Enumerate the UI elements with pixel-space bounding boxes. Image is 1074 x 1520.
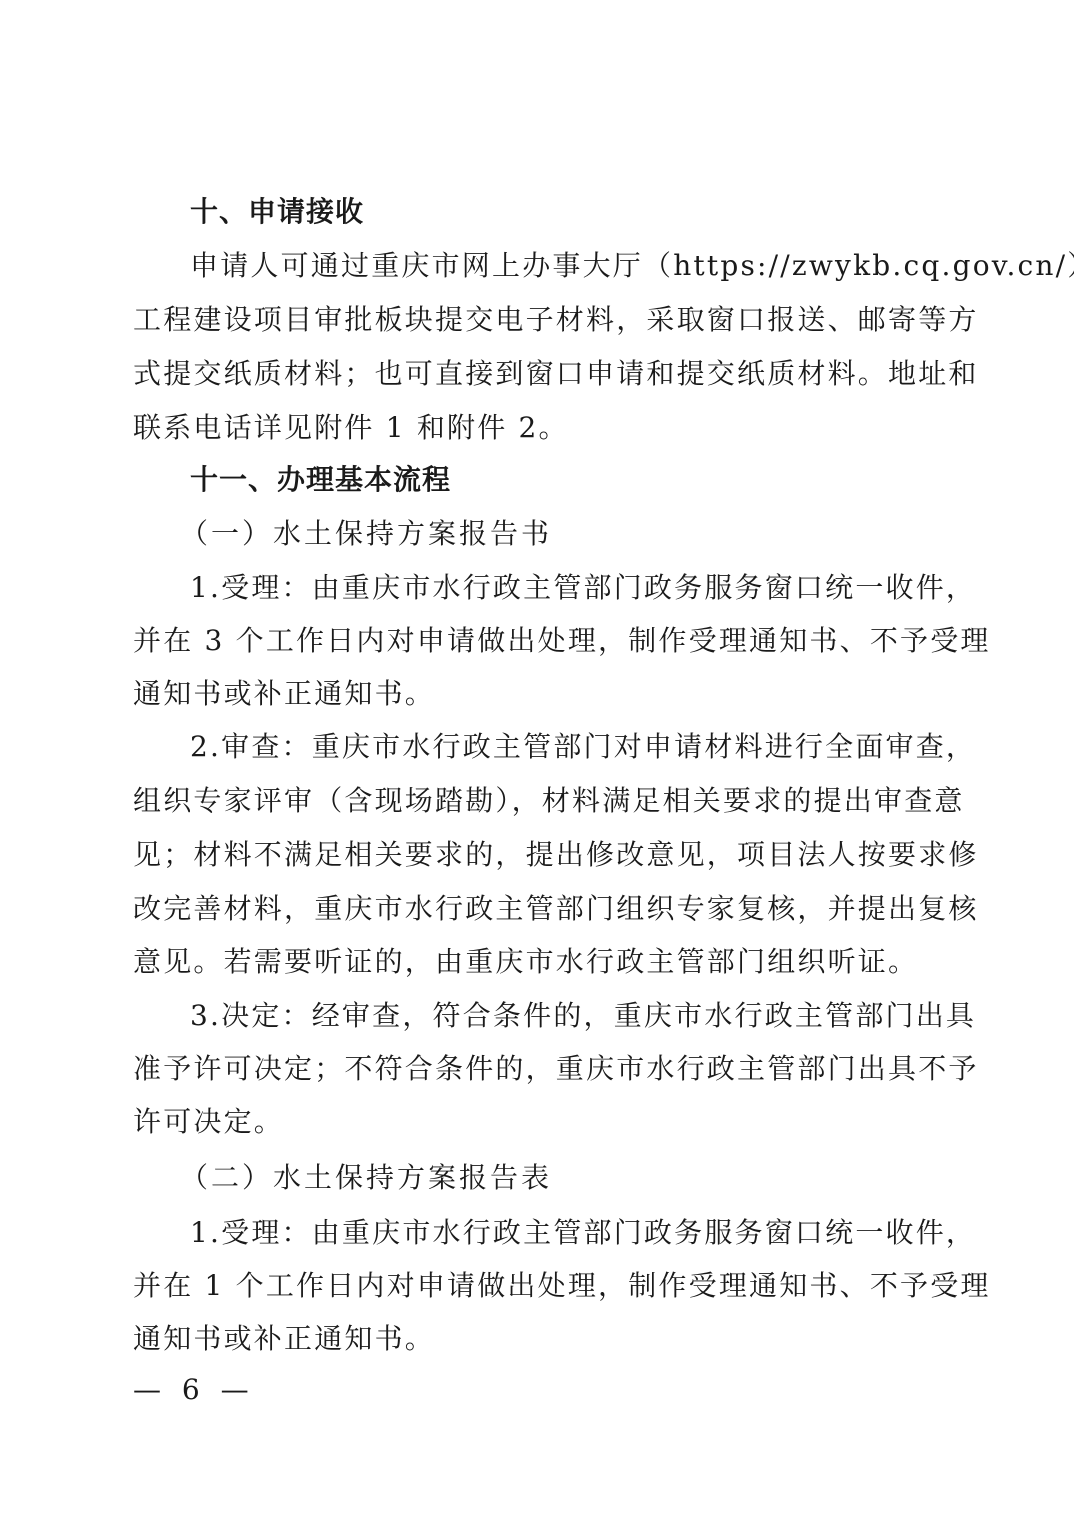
- subsection-title-report-form: （二）水土保持方案报告表: [180, 1160, 992, 1196]
- paragraph-line: 式提交纸质材料；也可直接到窗口申请和提交纸质材料。地址和: [133, 356, 945, 392]
- paragraph-line: 2.审查：重庆市水行政主管部门对申请材料进行全面审查，: [190, 729, 945, 765]
- paragraph-line: 1.受理：由重庆市水行政主管部门政务服务窗口统一收件，: [190, 570, 945, 606]
- paragraph-line: 联系电话详见附件 1 和附件 2。: [133, 410, 945, 446]
- paragraph-line: 申请人可通过重庆市网上办事大厅（https://zwykb.cq.gov.cn/…: [190, 248, 945, 284]
- subsection-title-report-book: （一）水土保持方案报告书: [180, 516, 992, 552]
- paragraph-line: 许可决定。: [133, 1104, 945, 1140]
- paragraph-line: 工程建设项目审批板块提交电子材料，采取窗口报送、邮寄等方: [133, 302, 945, 338]
- paragraph-line: 并在 3 个工作日内对申请做出处理，制作受理通知书、不予受理: [133, 623, 945, 659]
- paragraph-line: 通知书或补正通知书。: [133, 676, 945, 712]
- paragraph-line: 组织专家评审（含现场踏勘），材料满足相关要求的提出审查意: [133, 783, 945, 819]
- section-heading-application-receipt: 十、申请接收: [190, 194, 1002, 230]
- paragraph-line: 准予许可决定；不符合条件的，重庆市水行政主管部门出具不予: [133, 1051, 945, 1087]
- paragraph-line: 3.决定：经审查，符合条件的，重庆市水行政主管部门出具: [190, 998, 945, 1034]
- paragraph-line: 意见。若需要听证的，由重庆市水行政主管部门组织听证。: [133, 944, 945, 980]
- paragraph-line: 1.受理：由重庆市水行政主管部门政务服务窗口统一收件，: [190, 1215, 945, 1251]
- paragraph-line: 通知书或补正通知书。: [133, 1321, 945, 1357]
- section-heading-basic-process: 十一、办理基本流程: [190, 462, 1002, 498]
- paragraph-line: 改完善材料，重庆市水行政主管部门组织专家复核，并提出复核: [133, 891, 945, 927]
- page-number: — 6 —: [133, 1372, 255, 1408]
- paragraph-line: 并在 1 个工作日内对申请做出处理，制作受理通知书、不予受理: [133, 1268, 945, 1304]
- paragraph-line: 见；材料不满足相关要求的，提出修改意见，项目法人按要求修: [133, 837, 945, 873]
